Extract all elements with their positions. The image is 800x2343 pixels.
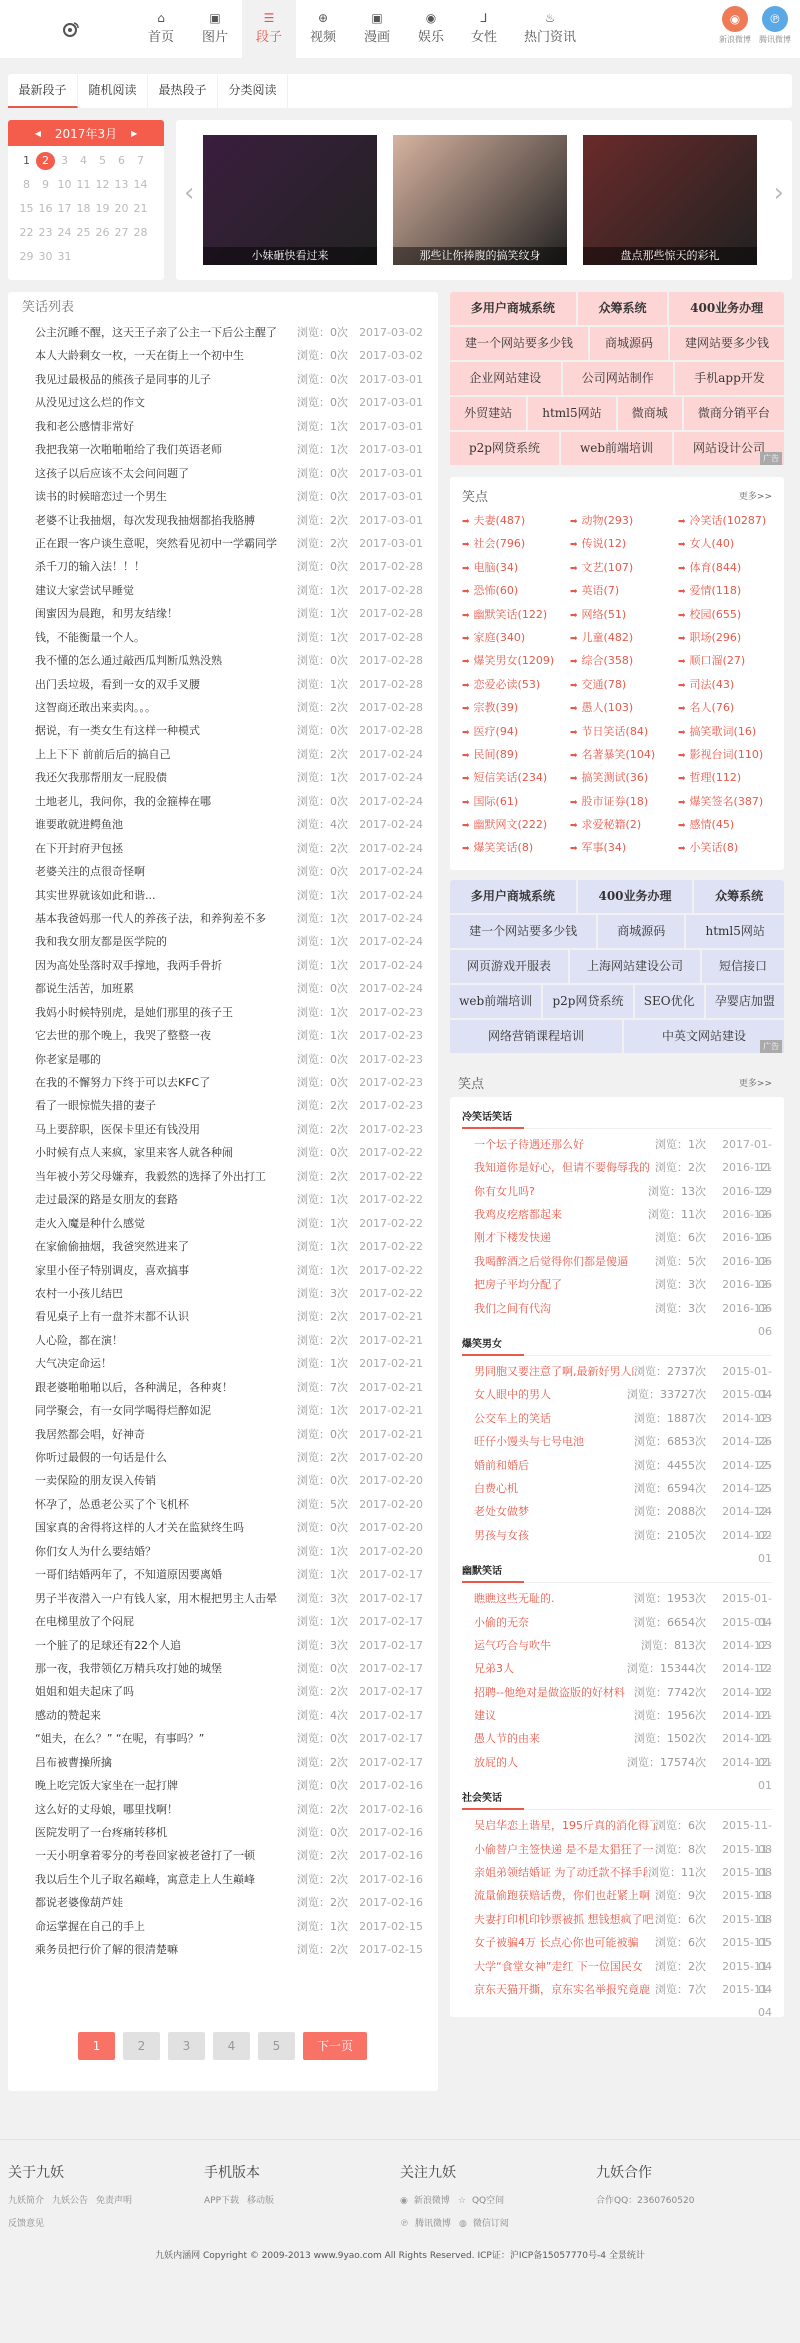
calendar-day[interactable]: 2 — [36, 152, 55, 170]
joke-title-link[interactable]: 上上下下 前前后后的搞自己 — [35, 743, 297, 766]
joke-title-link[interactable]: 在下开封府尹包拯 — [35, 837, 297, 860]
joke-title-link[interactable]: 从没见过这么烂的作文 — [35, 391, 297, 414]
category-tag-link[interactable]: ➡网络(51) — [570, 603, 678, 626]
joke-title-link[interactable]: 当年被小芳父母嫌弃，我毅然的选择了外出打工 — [35, 1165, 297, 1188]
joke-list-item[interactable]: 大气决定命运！浏览：1次2017-02-21 — [22, 1352, 423, 1375]
joke-list-item[interactable]: 在下开封府尹包拯浏览：2次2017-02-24 — [22, 837, 423, 860]
tab-0[interactable]: 最新段子 — [8, 74, 78, 108]
footer-link[interactable]: 合作QQ：2360760520 — [596, 2190, 694, 2213]
tab-2[interactable]: 最热段子 — [148, 74, 218, 108]
joke-title-link[interactable]: 我不懂的怎么通过敲西瓜判断瓜熟没熟 — [35, 649, 297, 672]
joke-list-item[interactable]: 马上要辞职，医保卡里还有钱没用浏览：2次2017-02-23 — [22, 1118, 423, 1141]
joke-title-link[interactable]: 家里小侄子特别调皮，喜欢搞事 — [35, 1259, 297, 1282]
joke-list-item[interactable]: 公主沉睡不醒，这天王子亲了公主一下后公主醒了浏览：0次2017-03-02 — [22, 321, 423, 344]
joke-list-item[interactable]: 农村一小孩儿结巴浏览：3次2017-02-22 — [22, 1282, 423, 1305]
section-joke-link[interactable]: 流量偷跑获赔话费，你们也赶紧上啊 — [474, 1884, 655, 1907]
joke-list-item[interactable]: “姐夫，在么？” “在呢，有事吗？”浏览：0次2017-02-17 — [22, 1727, 423, 1750]
section-joke-link[interactable]: 旺仔小馒头与七号电池 — [474, 1430, 634, 1453]
section-joke-item[interactable]: 夫妻打印机印钞票被抓 想钱想疯了吧浏览：6次2015-11-05 — [474, 1908, 772, 1931]
calendar-day[interactable]: 9 — [36, 176, 55, 194]
category-tag-link[interactable]: ➡夫妻(487) — [462, 509, 570, 532]
joke-title-link[interactable]: 读书的时候暗恋过一个男生 — [35, 485, 297, 508]
category-tag-link[interactable]: ➡搞笑测试(36) — [570, 766, 678, 789]
nav-item-4[interactable]: ▣漫画 — [350, 0, 404, 58]
section-joke-item[interactable]: 刚才下楼发快递浏览：6次2016-12-06 — [474, 1226, 772, 1249]
joke-title-link[interactable]: 出门丢垃圾，看到一女的双手叉腰 — [35, 673, 297, 696]
section-joke-item[interactable]: 小偷的无奈浏览：6654次2015-01-03 — [474, 1611, 772, 1634]
calendar-day[interactable]: 13 — [112, 176, 131, 194]
category-tag-link[interactable]: ➡动物(293) — [570, 509, 678, 532]
category-tag-link[interactable]: ➡恐怖(60) — [462, 579, 570, 602]
calendar-day[interactable]: 10 — [55, 176, 74, 194]
joke-list-item[interactable]: 老婆关注的点很奇怪啊浏览：0次2017-02-24 — [22, 860, 423, 883]
footer-link[interactable]: 免责声明 — [96, 2190, 132, 2213]
calendar-day[interactable]: 15 — [17, 200, 36, 218]
joke-list-item[interactable]: 我和我女朋友都是医学院的浏览：1次2017-02-24 — [22, 930, 423, 953]
category-tag-link[interactable]: ➡校园(655) — [678, 603, 786, 626]
calendar-day[interactable]: 16 — [36, 200, 55, 218]
section-joke-link[interactable]: 公交车上的笑话 — [474, 1407, 634, 1430]
joke-list-item[interactable]: 我见过最极品的熊孩子是同事的儿子浏览：0次2017-03-01 — [22, 368, 423, 391]
joke-list-item[interactable]: 其实世界就该如此和谐...浏览：1次2017-02-24 — [22, 884, 423, 907]
category-tag-link[interactable]: ➡幽默网文(222) — [462, 813, 570, 836]
joke-title-link[interactable]: 这智商还敢出来卖肉。。。 — [35, 696, 297, 719]
category-tag-link[interactable]: ➡顺口溜(27) — [678, 649, 786, 672]
section-joke-link[interactable]: 大学“食堂女神”走红 下一位国民女 — [474, 1955, 655, 1978]
joke-list-item[interactable]: 一天小明拿着零分的考卷回家被老爸打了一顿浏览：2次2017-02-16 — [22, 1844, 423, 1867]
calendar-day[interactable]: 24 — [55, 224, 74, 242]
calendar-day[interactable]: 12 — [93, 176, 112, 194]
ad-link[interactable]: 多用户商城系统 — [450, 292, 576, 325]
joke-title-link[interactable]: 本人大龄剩女一枚，一天在街上一个初中生 — [35, 344, 297, 367]
joke-title-link[interactable]: 看见桌子上有一盘芥末都不认识 — [35, 1305, 297, 1328]
calendar-day[interactable]: 14 — [131, 176, 150, 194]
joke-title-link[interactable]: “姐夫，在么？” “在呢，有事吗？” — [35, 1727, 297, 1750]
joke-list-item[interactable]: 正在跟一客户谈生意呢，突然看见初中一学霸同学浏览：2次2017-03-01 — [22, 532, 423, 555]
section-joke-item[interactable]: 瞧瞧这些无耻的.浏览：1953次2015-01-04 — [474, 1587, 772, 1610]
calendar-day[interactable]: 6 — [112, 152, 131, 170]
section-joke-link[interactable]: 运气巧合与吹牛 — [474, 1634, 641, 1657]
joke-title-link[interactable]: 我居然都会唱，好神奇 — [35, 1423, 297, 1446]
category-tag-link[interactable]: ➡小笑话(8) — [678, 836, 786, 859]
next-page-button[interactable]: 下一页 — [303, 2032, 367, 2060]
footer-link[interactable]: APP下载 — [204, 2190, 239, 2213]
section-joke-link[interactable]: 我喝醉酒之后觉得你们都是傻逼 — [474, 1250, 655, 1273]
ad-link[interactable]: html5网站 — [686, 915, 784, 948]
section-joke-link[interactable]: 招聘--他绝对是做盗版的好材料 — [474, 1681, 634, 1704]
joke-title-link[interactable]: 一天小明拿着零分的考卷回家被老爸打了一顿 — [35, 1844, 297, 1867]
joke-list-item[interactable]: 本人大龄剩女一枚，一天在街上一个初中生浏览：0次2017-03-02 — [22, 344, 423, 367]
joke-list-item[interactable]: 当年被小芳父母嫌弃，我毅然的选择了外出打工浏览：2次2017-02-22 — [22, 1165, 423, 1188]
section-joke-link[interactable]: 刚才下楼发快递 — [474, 1226, 655, 1249]
joke-list-item[interactable]: 我居然都会唱，好神奇浏览：0次2017-02-21 — [22, 1423, 423, 1446]
category-tag-link[interactable]: ➡军事(34) — [570, 836, 678, 859]
calendar-prev-button[interactable]: ◀ — [35, 129, 41, 138]
joke-list-item[interactable]: 你老家是哪的浏览：0次2017-02-23 — [22, 1048, 423, 1071]
joke-list-item[interactable]: 这智商还敢出来卖肉。。。浏览：2次2017-02-28 — [22, 696, 423, 719]
nav-item-0[interactable]: ⌂首页 — [134, 0, 188, 58]
category-tag-link[interactable]: ➡社会(796) — [462, 532, 570, 555]
joke-title-link[interactable]: 因为高处坠落时双手撑地，我两手骨折 — [35, 954, 297, 977]
nav-item-6[interactable]: ⅃女性 — [458, 0, 510, 58]
page-1-button[interactable]: 1 — [78, 2032, 115, 2060]
section-joke-item[interactable]: 流量偷跑获赔话费，你们也赶紧上啊浏览：9次2015-11-08 — [474, 1884, 772, 1907]
joke-list-item[interactable]: 看见桌子上有一盘芥末都不认识浏览：2次2017-02-21 — [22, 1305, 423, 1328]
section-title[interactable]: 冷笑话笑话 — [462, 1105, 772, 1129]
joke-list-item[interactable]: 我把我第一次啪啪啪给了我们英语老师浏览：1次2017-03-01 — [22, 438, 423, 461]
category-tag-link[interactable]: ➡爆笑笑话(8) — [462, 836, 570, 859]
joke-title-link[interactable]: 晚上吃完饭大家坐在一起打牌 — [35, 1774, 297, 1797]
category-tag-link[interactable]: ➡节日笑话(84) — [570, 720, 678, 743]
calendar-day[interactable]: 31 — [55, 248, 74, 266]
joke-title-link[interactable]: 我和老公感情非常好 — [35, 415, 297, 438]
calendar-day[interactable]: 19 — [93, 200, 112, 218]
ad-link[interactable]: 众筹系统 — [578, 292, 668, 325]
section-joke-link[interactable]: 女子被骗4万 长点心你也可能被骗 — [474, 1931, 655, 1954]
category-tag-link[interactable]: ➡电脑(34) — [462, 556, 570, 579]
joke-title-link[interactable]: 这么好的丈母娘，哪里找啊！ — [35, 1798, 297, 1821]
section-joke-link[interactable]: 吴启华恋上谐星，195斤真的消化得了 — [474, 1814, 655, 1837]
joke-list-item[interactable]: 土地老儿，我问你，我的金箍棒在哪浏览：0次2017-02-24 — [22, 790, 423, 813]
section-joke-item[interactable]: 公交车上的笑话浏览：1887次2014-12-26 — [474, 1407, 772, 1430]
section-joke-link[interactable]: 把房子平均分配了 — [474, 1273, 655, 1296]
joke-title-link[interactable]: 其实世界就该如此和谐... — [35, 884, 297, 907]
calendar-day[interactable]: 3 — [55, 152, 74, 170]
section-joke-item[interactable]: 招聘--他绝对是做盗版的好材料浏览：7742次2014-12-01 — [474, 1681, 772, 1704]
category-tag-link[interactable]: ➡感情(45) — [678, 813, 786, 836]
joke-list-item[interactable]: 命运掌握在自己的手上浏览：1次2017-02-15 — [22, 1915, 423, 1938]
joke-list-item[interactable]: 我还欠我那帮朋友一屁股债浏览：1次2017-02-24 — [22, 766, 423, 789]
joke-title-link[interactable]: 建议大家尝试早睡觉 — [35, 579, 297, 602]
joke-title-link[interactable]: 农村一小孩儿结巴 — [35, 1282, 297, 1305]
calendar-day[interactable]: 17 — [55, 200, 74, 218]
joke-title-link[interactable]: 一卖保险的朋友误入传销 — [35, 1469, 297, 1492]
section-joke-link[interactable]: 老处女做梦 — [474, 1500, 634, 1523]
section-panel-more-link[interactable]: 更多>> — [739, 1076, 772, 1089]
carousel-prev-arrow-icon[interactable]: ‹ — [184, 178, 194, 208]
joke-list-item[interactable]: 医院发明了一台疼痛转移机浏览：0次2017-02-16 — [22, 1821, 423, 1844]
section-joke-item[interactable]: 放屁的人浏览：17574次2014-12-01 — [474, 1751, 772, 1774]
category-tag-link[interactable]: ➡综合(358) — [570, 649, 678, 672]
section-joke-item[interactable]: 我鸡皮疙瘩都起来浏览：11次2016-12-06 — [474, 1203, 772, 1226]
joke-list-item[interactable]: 一哥们结婚两年了，不知道原因要离婚浏览：1次2017-02-17 — [22, 1563, 423, 1586]
joke-list-item[interactable]: 都说老婆像葫芦娃浏览：2次2017-02-16 — [22, 1891, 423, 1914]
section-joke-item[interactable]: 白费心机浏览：6594次2014-12-24 — [474, 1477, 772, 1500]
joke-title-link[interactable]: 杀千刀的输入法！！！ — [35, 555, 297, 578]
ad-link[interactable]: 网页游戏开服表 — [450, 950, 568, 983]
joke-title-link[interactable]: 我还欠我那帮朋友一屁股债 — [35, 766, 297, 789]
joke-title-link[interactable]: 人心险，都在演！ — [35, 1329, 297, 1352]
section-joke-item[interactable]: 兄弟3人浏览：15344次2014-12-02 — [474, 1657, 772, 1680]
calendar-day[interactable]: 18 — [74, 200, 93, 218]
section-joke-item[interactable]: 京东天猫开撕，京东实名举报究竟鹿浏览：7次2015-11-04 — [474, 1978, 772, 2001]
category-tag-link[interactable]: ➡搞笑歌词(16) — [678, 720, 786, 743]
category-tag-link[interactable]: ➡国际(61) — [462, 790, 570, 813]
joke-title-link[interactable]: 我见过最极品的熊孩子是同事的儿子 — [35, 368, 297, 391]
section-joke-link[interactable]: 亲姐弟领结婚证 为了动迁款不择手段 — [474, 1861, 648, 1884]
joke-title-link[interactable]: 我和我女朋友都是医学院的 — [35, 930, 297, 953]
ad-link[interactable]: 微商城 — [618, 397, 682, 430]
calendar-day[interactable]: 20 — [112, 200, 131, 218]
category-tag-link[interactable]: ➡文艺(107) — [570, 556, 678, 579]
joke-list-item[interactable]: 我以后生个儿子取名巅峰，寓意走上人生巅峰浏览：2次2017-02-16 — [22, 1868, 423, 1891]
footer-link[interactable]: 九妖公告 — [52, 2190, 88, 2213]
ad-link[interactable]: 企业网站建设 — [450, 362, 561, 395]
joke-title-link[interactable]: 你老家是哪的 — [35, 1048, 297, 1071]
joke-list-item[interactable]: 你们女人为什么要结婚？浏览：1次2017-02-20 — [22, 1540, 423, 1563]
joke-list-item[interactable]: 晚上吃完饭大家坐在一起打牌浏览：0次2017-02-16 — [22, 1774, 423, 1797]
joke-list-item[interactable]: 跟老婆啪啪啪以后，各种满足，各种爽！浏览：7次2017-02-21 — [22, 1376, 423, 1399]
section-joke-link[interactable]: 建议 — [474, 1704, 634, 1727]
joke-list-item[interactable]: 从没见过这么烂的作文浏览：0次2017-03-01 — [22, 391, 423, 414]
joke-title-link[interactable]: 大气决定命运！ — [35, 1352, 297, 1375]
joke-title-link[interactable]: 这孩子以后应该不太会问问题了 — [35, 462, 297, 485]
joke-title-link[interactable]: 我妈小时候特别虎，是她们那里的孩子王 — [35, 1001, 297, 1024]
section-joke-item[interactable]: 我知道你是好心，但请不要侮辱我的浏览：2次2016-12-29 — [474, 1156, 772, 1179]
joke-list-item[interactable]: 走过最深的路是女朋友的套路浏览：1次2017-02-22 — [22, 1188, 423, 1211]
carousel-slide[interactable]: 小妹砸快看过来 — [203, 135, 377, 265]
joke-title-link[interactable]: 在我的不懈努力下终于可以去KFC了 — [35, 1071, 297, 1094]
ad-link[interactable]: 400业务办理 — [578, 880, 693, 913]
section-joke-item[interactable]: 男同胞又要注意了啊,最新好男人的浏览：2737次2015-01-04 — [474, 1360, 772, 1383]
calendar-day[interactable]: 11 — [74, 176, 93, 194]
joke-title-link[interactable]: 都说生活苦，加班累 — [35, 977, 297, 1000]
joke-title-link[interactable]: 一个脏了的足球还有22个人追 — [35, 1634, 297, 1657]
footer-link[interactable]: ℗腾讯微博 — [400, 2213, 451, 2236]
joke-list-item[interactable]: 感动的赞起来浏览：4次2017-02-17 — [22, 1704, 423, 1727]
section-joke-link[interactable]: 我们之间有代沟 — [474, 1297, 655, 1320]
joke-list-item[interactable]: 家里小侄子特别调皮，喜欢搞事浏览：1次2017-02-22 — [22, 1259, 423, 1282]
category-tag-link[interactable]: ➡影视台词(110) — [678, 743, 786, 766]
section-joke-link[interactable]: 放屁的人 — [474, 1751, 627, 1774]
calendar-day[interactable]: 28 — [131, 224, 150, 242]
joke-list-item[interactable]: 人心险，都在演！浏览：2次2017-02-21 — [22, 1329, 423, 1352]
category-tag-link[interactable]: ➡冷笑话(10287) — [678, 509, 786, 532]
joke-list-item[interactable]: 男子半夜潜入一户有钱人家，用木棍把男主人击晕浏览：3次2017-02-17 — [22, 1587, 423, 1610]
joke-title-link[interactable]: 走过最深的路是女朋友的套路 — [35, 1188, 297, 1211]
ad-link[interactable]: 商城源码 — [598, 915, 684, 948]
category-tag-link[interactable]: ➡医疗(94) — [462, 720, 570, 743]
category-tag-link[interactable]: ➡名人(76) — [678, 696, 786, 719]
joke-list-item[interactable]: 看了一眼惊慌失措的妻子浏览：2次2017-02-23 — [22, 1094, 423, 1117]
category-tag-link[interactable]: ➡英语(7) — [570, 579, 678, 602]
joke-title-link[interactable]: 基本我爸妈那一代人的养孩子法，和养狗差不多 — [35, 907, 297, 930]
section-joke-link[interactable]: 小偷替户主签快递 是不是太猖狂了一 — [474, 1838, 655, 1861]
calendar-day[interactable]: 8 — [17, 176, 36, 194]
category-tag-link[interactable]: ➡传说(12) — [570, 532, 678, 555]
ad-link[interactable]: 孕婴店加盟 — [706, 985, 784, 1018]
share-1[interactable]: ℗腾讯微博 — [758, 6, 792, 45]
category-tag-link[interactable]: ➡爱情(118) — [678, 579, 786, 602]
joke-title-link[interactable]: 我把我第一次啪啪啪给了我们英语老师 — [35, 438, 297, 461]
section-joke-item[interactable]: 老处女做梦浏览：2088次2014-12-02 — [474, 1500, 772, 1523]
section-joke-item[interactable]: 把房子平均分配了浏览：3次2016-12-06 — [474, 1273, 772, 1296]
joke-list-item[interactable]: 在我的不懈努力下终于可以去KFC了浏览：0次2017-02-23 — [22, 1071, 423, 1094]
carousel-next-arrow-icon[interactable]: › — [774, 178, 784, 208]
category-tag-link[interactable]: ➡家庭(340) — [462, 626, 570, 649]
joke-list-item[interactable]: 都说生活苦，加班累浏览：0次2017-02-24 — [22, 977, 423, 1000]
section-joke-link[interactable]: 白费心机 — [474, 1477, 634, 1500]
joke-list-item[interactable]: 谁要敢就进鳄鱼池浏览：4次2017-02-24 — [22, 813, 423, 836]
calendar-day[interactable]: 4 — [74, 152, 93, 170]
section-joke-item[interactable]: 女人眼中的男人浏览：33727次2015-01-03 — [474, 1383, 772, 1406]
footer-link[interactable]: ◉新浪微博 — [400, 2190, 450, 2213]
section-joke-item[interactable]: 一个坛子待遇还那么好浏览：1次2017-01-11 — [474, 1133, 772, 1156]
joke-title-link[interactable]: 姐姐和姐夫起床了吗 — [35, 1680, 297, 1703]
nav-item-3[interactable]: ⊕视频 — [296, 0, 350, 58]
joke-title-link[interactable]: 命运掌握在自己的手上 — [35, 1915, 297, 1938]
category-tag-link[interactable]: ➡女人(40) — [678, 532, 786, 555]
ad-link[interactable]: 上海网站建设公司 — [570, 950, 700, 983]
joke-title-link[interactable]: 据说，有一类女生有这样一种模式 — [35, 719, 297, 742]
section-joke-item[interactable]: 愚人节的由来浏览：1502次2014-12-01 — [474, 1727, 772, 1750]
calendar-day[interactable]: 29 — [17, 248, 36, 266]
ad-link[interactable]: 手机app开发 — [675, 362, 784, 395]
carousel-slide[interactable]: 盘点那些惊天的彩礼 — [583, 135, 757, 265]
nav-item-2[interactable]: ☰段子 — [242, 0, 296, 58]
joke-title-link[interactable]: 男子半夜潜入一户有钱人家，用木棍把男主人击晕 — [35, 1587, 297, 1610]
joke-title-link[interactable]: 乘务员把行价了解的很清楚嘛 — [35, 1938, 297, 1961]
joke-list-item[interactable]: 姐姐和姐夫起床了吗浏览：2次2017-02-17 — [22, 1680, 423, 1703]
section-joke-link[interactable]: 兄弟3人 — [474, 1657, 627, 1680]
ad-link[interactable]: html5网站 — [528, 397, 616, 430]
joke-title-link[interactable]: 在电梯里放了个闷屁 — [35, 1610, 297, 1633]
joke-title-link[interactable]: 跟老婆啪啪啪以后，各种满足，各种爽！ — [35, 1376, 297, 1399]
nav-item-5[interactable]: ◉娱乐 — [404, 0, 458, 58]
ad-link[interactable]: p2p网贷系统 — [543, 985, 632, 1018]
joke-list-item[interactable]: 据说，有一类女生有这样一种模式浏览：0次2017-02-28 — [22, 719, 423, 742]
page-4-button[interactable]: 4 — [213, 2032, 250, 2060]
joke-list-item[interactable]: 基本我爸妈那一代人的养孩子法，和养狗差不多浏览：1次2017-02-24 — [22, 907, 423, 930]
section-joke-item[interactable]: 小偷替户主签快递 是不是太猖狂了一浏览：8次2015-11-08 — [474, 1838, 772, 1861]
joke-list-item[interactable]: 因为高处坠落时双手撑地，我两手骨折浏览：1次2017-02-24 — [22, 954, 423, 977]
section-joke-item[interactable]: 大学“食堂女神”走红 下一位国民女浏览：2次2015-11-04 — [474, 1955, 772, 1978]
category-tag-link[interactable]: ➡体育(844) — [678, 556, 786, 579]
joke-list-item[interactable]: 它去世的那个晚上，我哭了整整一夜浏览：1次2017-02-23 — [22, 1024, 423, 1047]
category-tag-link[interactable]: ➡司法(43) — [678, 673, 786, 696]
section-joke-link[interactable]: 我鸡皮疙瘩都起来 — [474, 1203, 648, 1226]
calendar-day[interactable]: 7 — [131, 152, 150, 170]
section-joke-link[interactable]: 男孩与女孩 — [474, 1524, 634, 1547]
joke-title-link[interactable]: 我以后生个儿子取名巅峰，寓意走上人生巅峰 — [35, 1868, 297, 1891]
joke-list-item[interactable]: 一个脏了的足球还有22个人追浏览：3次2017-02-17 — [22, 1634, 423, 1657]
calendar-day[interactable]: 1 — [17, 152, 36, 170]
joke-title-link[interactable]: 闺蜜因为晨跑，和男友结缘！ — [35, 602, 297, 625]
joke-title-link[interactable]: 感动的赞起来 — [35, 1704, 297, 1727]
section-joke-item[interactable]: 婚前和婚后浏览：4455次2014-12-25 — [474, 1454, 772, 1477]
joke-list-item[interactable]: 我不懂的怎么通过敲西瓜判断瓜熟没熟浏览：0次2017-02-28 — [22, 649, 423, 672]
ad-link[interactable]: 建一个网站要多少钱 — [450, 327, 588, 360]
section-joke-link[interactable]: 我知道你是好心，但请不要侮辱我的 — [474, 1156, 655, 1179]
joke-title-link[interactable]: 马上要辞职，医保卡里还有钱没用 — [35, 1118, 297, 1141]
footer-link[interactable]: ☆QQ空间 — [458, 2190, 504, 2213]
calendar-day[interactable]: 27 — [112, 224, 131, 242]
joke-list-item[interactable]: 在家偷偷抽烟，我爸突然进来了浏览：1次2017-02-22 — [22, 1235, 423, 1258]
joke-list-item[interactable]: 闺蜜因为晨跑，和男友结缘！浏览：1次2017-02-28 — [22, 602, 423, 625]
carousel-slide[interactable]: 那些让你捧腹的搞笑纹身 — [393, 135, 567, 265]
joke-list-item[interactable]: 小时候有点人来疯，家里来客人就各种闹浏览：0次2017-02-22 — [22, 1141, 423, 1164]
category-tag-link[interactable]: ➡儿童(482) — [570, 626, 678, 649]
joke-title-link[interactable]: 国家真的舍得将这样的人才关在监狱终生吗 — [35, 1516, 297, 1539]
joke-list-item[interactable]: 一卖保险的朋友误入传销浏览：0次2017-02-20 — [22, 1469, 423, 1492]
category-tag-link[interactable]: ➡爆笑男女(1209) — [462, 649, 570, 672]
page-3-button[interactable]: 3 — [168, 2032, 205, 2060]
section-title[interactable]: 社会笑话 — [462, 1786, 772, 1810]
section-joke-link[interactable]: 夫妻打印机印钞票被抓 想钱想疯了吧 — [474, 1908, 655, 1931]
footer-link[interactable]: 九妖简介 — [8, 2190, 44, 2213]
share-0[interactable]: ◉新浪微博 — [718, 6, 752, 45]
joke-title-link[interactable]: 小时候有点人来疯，家里来客人就各种闹 — [35, 1141, 297, 1164]
ad-link[interactable]: 短信接口 — [702, 950, 784, 983]
category-tag-link[interactable]: ➡名著暴笑(104) — [570, 743, 678, 766]
calendar-day[interactable]: 30 — [36, 248, 55, 266]
ad-link[interactable]: web前端培训 — [561, 432, 672, 465]
tab-3[interactable]: 分类阅读 — [218, 74, 288, 108]
joke-list-item[interactable]: 读书的时候暗恋过一个男生浏览：0次2017-03-01 — [22, 485, 423, 508]
joke-title-link[interactable]: 正在跟一客户谈生意呢，突然看见初中一学霸同学 — [35, 532, 297, 555]
section-joke-link[interactable]: 婚前和婚后 — [474, 1454, 634, 1477]
category-tag-link[interactable]: ➡愚人(103) — [570, 696, 678, 719]
ad-link[interactable]: 微商分销平台 — [684, 397, 784, 430]
joke-title-link[interactable]: 走火入魔是种什么感觉 — [35, 1212, 297, 1235]
footer-link[interactable]: ◍微信订阅 — [459, 2213, 509, 2236]
section-joke-item[interactable]: 旺仔小馒头与七号电池浏览：6853次2014-12-25 — [474, 1430, 772, 1453]
page-5-button[interactable]: 5 — [258, 2032, 295, 2060]
joke-list-item[interactable]: 走火入魔是种什么感觉浏览：1次2017-02-22 — [22, 1212, 423, 1235]
calendar-day[interactable]: 5 — [93, 152, 112, 170]
category-tag-link[interactable]: ➡民间(89) — [462, 743, 570, 766]
joke-title-link[interactable]: 怀孕了，怂恿老公买了个飞机杯 — [35, 1493, 297, 1516]
section-joke-item[interactable]: 亲姐弟领结婚证 为了动迁款不择手段浏览：11次2015-11-08 — [474, 1861, 772, 1884]
section-joke-link[interactable]: 你有女儿吗? — [474, 1180, 648, 1203]
joke-list-item[interactable]: 在电梯里放了个闷屁浏览：1次2017-02-17 — [22, 1610, 423, 1633]
ad-link[interactable]: 外贸建站 — [450, 397, 526, 430]
nav-item-1[interactable]: ▣图片 — [188, 0, 242, 58]
nav-item-7[interactable]: ♨热门资讯 — [510, 0, 590, 58]
joke-title-link[interactable]: 在家偷偷抽烟，我爸突然进来了 — [35, 1235, 297, 1258]
joke-title-link[interactable]: 你们女人为什么要结婚？ — [35, 1540, 297, 1563]
ad-link[interactable]: 商城源码 — [590, 327, 668, 360]
joke-list-item[interactable]: 老婆不让我抽烟，每次发现我抽烟都掐我胳膊浏览：2次2017-03-01 — [22, 509, 423, 532]
section-joke-item[interactable]: 建议浏览：1956次2014-12-01 — [474, 1704, 772, 1727]
tab-1[interactable]: 随机阅读 — [78, 74, 148, 108]
category-tag-link[interactable]: ➡求爱秘籍(2) — [570, 813, 678, 836]
category-tag-link[interactable]: ➡交通(78) — [570, 673, 678, 696]
joke-list-item[interactable]: 乘务员把行价了解的很清楚嘛浏览：2次2017-02-15 — [22, 1938, 423, 1961]
joke-list-item[interactable]: 出门丢垃圾，看到一女的双手叉腰浏览：1次2017-02-28 — [22, 673, 423, 696]
joke-title-link[interactable]: 它去世的那个晚上，我哭了整整一夜 — [35, 1024, 297, 1047]
page-2-button[interactable]: 2 — [123, 2032, 160, 2060]
calendar-next-button[interactable]: ▶ — [131, 129, 137, 138]
tag-panel-more-link[interactable]: 更多>> — [739, 489, 772, 502]
joke-list-item[interactable]: 国家真的舍得将这样的人才关在监狱终生吗浏览：0次2017-02-20 — [22, 1516, 423, 1539]
footer-link[interactable]: 反馈意见 — [8, 2213, 44, 2236]
section-joke-link[interactable]: 小偷的无奈 — [474, 1611, 634, 1634]
section-joke-item[interactable]: 我们之间有代沟浏览：3次2016-12-06 — [474, 1297, 772, 1320]
ad-link[interactable]: 网络营销课程培训 — [450, 1020, 622, 1053]
section-title[interactable]: 幽默笑话 — [462, 1559, 772, 1583]
section-joke-link[interactable]: 瞧瞧这些无耻的. — [474, 1587, 634, 1610]
ad-link[interactable]: 多用户商城系统 — [450, 880, 576, 913]
section-joke-item[interactable]: 运气巧合与吹牛浏览：813次2014-12-12 — [474, 1634, 772, 1657]
ad-link[interactable]: 公司网站制作 — [563, 362, 674, 395]
joke-title-link[interactable]: 那一夜，我带领亿万精兵攻打她的城堡 — [35, 1657, 297, 1680]
joke-title-link[interactable]: 看了一眼惊慌失措的妻子 — [35, 1094, 297, 1117]
joke-title-link[interactable]: 你听过最假的一句话是什么 — [35, 1446, 297, 1469]
section-joke-item[interactable]: 你有女儿吗?浏览：13次2016-12-06 — [474, 1180, 772, 1203]
footer-link[interactable]: 移动版 — [247, 2190, 274, 2213]
ad-link[interactable]: 建网站要多少钱 — [670, 327, 784, 360]
